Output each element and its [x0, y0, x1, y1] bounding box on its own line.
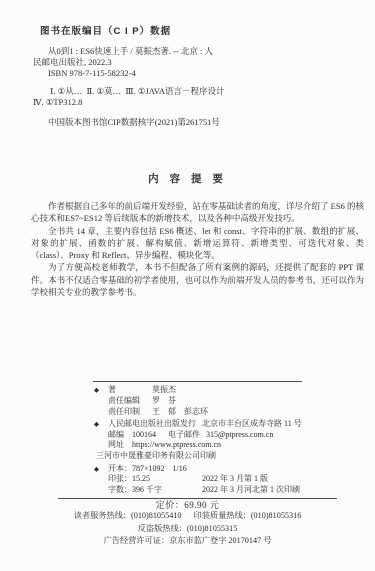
book-copyright-page: 图书在版编目（C I P）数据 从0到1 : ES6快速上手 / 莫振杰著. -… [0, 0, 375, 571]
postcode-value: 100164 [132, 430, 156, 441]
cip-record-block: 从0到1 : ES6快速上手 / 莫振杰著. -- 北京 : 人 民邮电出版社,… [33, 46, 361, 79]
postcode-label: 邮编 [108, 430, 124, 441]
wordcount-label: 字数： [108, 485, 132, 494]
sheets-label: 印张： [108, 474, 132, 483]
impression-date: 2022 年 3 月河北第 1 次印刷 [202, 485, 300, 496]
diamond-bullet-icon: ◆ [94, 420, 108, 431]
email-label: 电子邮件 [168, 430, 200, 441]
website-row: 网址 https://www.ptpress.com.cn [94, 440, 337, 451]
format-label: 开本： [108, 464, 132, 475]
cip-section: 图书在版编目（C I P）数据 从0到1 : ES6快速上手 / 莫振杰著. -… [33, 23, 361, 128]
hotline-row: 读者服务热线：(010)81055410 印装质量热线：(010)8105531… [0, 510, 375, 523]
summary-paragraph: 作者根据自己多年的前后端开发经验，站在零基础读者的角度，详尽介绍了 ES6 的核… [31, 200, 364, 225]
website-label: 网址 [108, 440, 124, 451]
antipiracy-hotline: 反盗版热线：(010)81055315 [138, 523, 238, 536]
summary-paragraph: 全书共 14 章，主要内容包括 ES6 概述、let 和 const、字符串的扩… [31, 225, 364, 262]
printer-name: 三河市中晟雅豪印务有限公司印刷 [96, 451, 216, 462]
cip-isbn-line: ISBN 978-7-115-58232-4 [33, 68, 361, 79]
wordcount-impression-row: 字数：396 千字 2022 年 3 月河北第 1 次印刷 [94, 485, 337, 496]
wordcount-value: 396 千字 [132, 485, 162, 494]
colophon-section: ◆ 著 莫振杰 责任编辑 罗 芬 责任印制 王 郁 彭志环 ◆ 人民邮电出版社出… [58, 381, 337, 499]
publisher-name: 人民邮电出版社出版发行 [108, 419, 202, 430]
sheets-value: 15.25 [132, 474, 150, 483]
reader-hotline: 读者服务热线：(010)81055410 [74, 510, 182, 523]
print-quality-hotline: 印装质量热线：(010)81055316 [194, 510, 302, 523]
summary-paragraph: 为了方便高校老师教学，本书不但配备了所有案例的源码，还提供了配套的 PPT 课件… [31, 261, 364, 298]
colophon-rows: ◆ 著 莫振杰 责任编辑 罗 芬 责任印制 王 郁 彭志环 ◆ 人民邮电出版社出… [94, 385, 337, 496]
editor-row: 责任编辑 罗 芬 [94, 396, 337, 407]
ad-license: 广告经营许可证：京东市监广登字 20170147 号 [104, 535, 272, 548]
edition-date: 2022 年 3 月第 1 版 [202, 474, 268, 485]
sheets-edition-row: 印张：15.25 2022 年 3 月第 1 版 [94, 474, 337, 485]
editor-name: 罗 芬 [152, 396, 176, 407]
printer-row: 三河市中晟雅豪印务有限公司印刷 [94, 451, 337, 462]
editor-label: 责任编辑 [108, 396, 152, 407]
publisher-row: ◆ 人民邮电出版社出版发行 北京市丰台区成寿寺路 11 号 [94, 419, 337, 430]
publisher-address: 北京市丰台区成寿寺路 11 号 [202, 419, 302, 430]
diamond-bullet-icon: ◆ [94, 386, 108, 397]
print-supervisor-label: 责任印制 [108, 407, 152, 418]
format-value: 787×1092 1/16 [132, 464, 187, 475]
wordcount-cell: 字数：396 千字 [108, 485, 202, 496]
postcode-email-row: 邮编 100164 电子邮件 315@ptpress.com.cn [94, 430, 337, 441]
hotlines-block: 读者服务热线：(010)81055410 印装质量热线：(010)8105531… [0, 510, 375, 548]
cip-registry-line: 中国版本图书馆CIP数据核字(2021)第261751号 [33, 117, 361, 128]
author-row: ◆ 著 莫振杰 [94, 385, 337, 396]
print-supervisor-row: 责任印制 王 郁 彭志环 [94, 407, 337, 418]
cip-record-line: 民邮电出版社, 2022.3 [33, 57, 361, 68]
format-row: ◆ 开本： 787×1092 1/16 [94, 464, 337, 475]
cip-record-line: 从0到1 : ES6快速上手 / 莫振杰著. -- 北京 : 人 [33, 46, 361, 57]
author-name: 莫振杰 [152, 385, 176, 396]
sheets-cell: 印张：15.25 [108, 474, 202, 485]
divider-top [93, 381, 302, 382]
ad-license-row: 广告经营许可证：京东市监广登字 20170147 号 [0, 535, 375, 548]
print-supervisor-names: 王 郁 彭志环 [152, 407, 208, 418]
summary-section: 作者根据自己多年的前后端开发经验，站在零基础读者的角度，详尽介绍了 ES6 的核… [31, 200, 364, 298]
cip-classification-block: Ⅰ. ①从… Ⅱ. ①莫… Ⅲ. ①JAVA语言－程序设计 Ⅳ. ①TP312.… [33, 86, 361, 108]
cip-class-line: Ⅳ. ①TP312.8 [33, 97, 361, 108]
diamond-bullet-icon: ◆ [94, 465, 108, 476]
website-value: https://www.ptpress.com.cn [132, 440, 221, 451]
email-value: 315@ptpress.com.cn [206, 430, 273, 441]
cip-class-line: Ⅰ. ①从… Ⅱ. ①莫… Ⅲ. ①JAVA语言－程序设计 [33, 86, 361, 97]
author-label: 著 [108, 385, 152, 396]
hotline-row: 反盗版热线：(010)81055315 [0, 523, 375, 536]
cip-title: 图书在版编目（C I P）数据 [40, 23, 361, 37]
summary-title: 内 容 提 要 [0, 171, 375, 186]
